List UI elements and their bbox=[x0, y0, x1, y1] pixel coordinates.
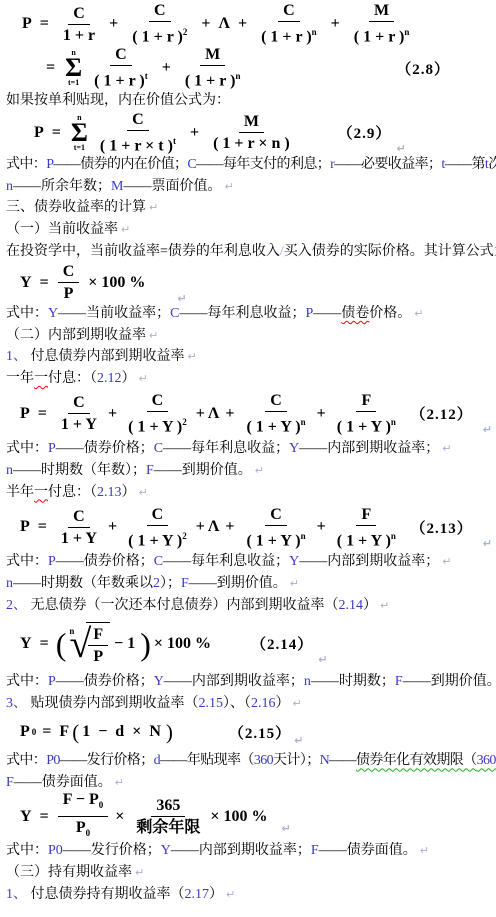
formula-label: （2.12） bbox=[411, 403, 473, 424]
fraction: FP bbox=[88, 625, 108, 666]
text-run: P bbox=[48, 554, 56, 569]
text-run: Y bbox=[161, 843, 171, 858]
frac-den: P bbox=[88, 646, 108, 666]
formula-label: （2.15） bbox=[229, 722, 291, 743]
text-run: ）、（ bbox=[223, 696, 251, 711]
formula-2-8-line2: = nΣt=1 C( 1 + r )t + M( 1 + r )n （2.8） bbox=[6, 46, 496, 90]
math-op: × bbox=[115, 808, 124, 826]
math-op: + bbox=[317, 405, 326, 423]
ellipsis-lambda: Λ bbox=[208, 518, 219, 536]
text-run: 式中： bbox=[6, 753, 46, 768]
text-run: F bbox=[395, 674, 403, 689]
text-run: ） bbox=[363, 598, 377, 613]
math-op: + bbox=[162, 59, 171, 77]
text-run: n bbox=[6, 576, 13, 591]
paragraph-mark: ↵ bbox=[442, 442, 451, 455]
text-run: Y bbox=[154, 674, 164, 689]
text-run: ——当前收益率； bbox=[58, 306, 170, 321]
formula-2-8-line1: P = C1 + r + C( 1 + r )2 + Λ + C( 1 + r … bbox=[6, 2, 496, 46]
math-op: = bbox=[38, 405, 47, 423]
equation-ref: 2.14 bbox=[339, 598, 364, 613]
frac-num: F bbox=[88, 625, 108, 646]
den-exponent: 2 bbox=[183, 27, 188, 37]
text-run: （三）持有期收益率 bbox=[6, 865, 132, 880]
text-run: 式中： bbox=[6, 674, 48, 689]
subsection-heading: （三）持有期收益率↵ bbox=[6, 862, 496, 884]
paragraph-mark: ↵ bbox=[282, 822, 291, 835]
paragraph-mark: ↵ bbox=[293, 697, 302, 710]
paragraph: 式中：P——债券的内在价值；C——每年支付的利息；r——必要收益率；t——第t次… bbox=[6, 154, 496, 176]
misspelled-text: 一 bbox=[34, 371, 48, 386]
den-base: ( 1 + r ) bbox=[132, 29, 183, 46]
math-op: + bbox=[331, 15, 340, 33]
fraction: M( 1 + r × n ) bbox=[208, 112, 295, 153]
frac-den: ( 1 + r )t bbox=[89, 66, 153, 90]
paragraph-mark: ↵ bbox=[224, 180, 233, 193]
frac-den: ( 1 + Y )2 bbox=[123, 526, 192, 550]
fraction: M( 1 + r )n bbox=[180, 45, 246, 90]
frac-num: C bbox=[265, 391, 287, 412]
formula-2-9: P = nΣt=1 C( 1 + r × t )t + M( 1 + r × n… bbox=[6, 112, 496, 154]
paragraph: 式中：P——债券价格；C——每年利息收益；Y——内部到期收益率；↵ bbox=[6, 438, 496, 460]
paragraph: n——时期数（年数乘以2）；F——到期价值。↵ bbox=[6, 573, 496, 595]
den-exponent: n bbox=[312, 27, 317, 37]
frac-den: ( 1 + r × t )t bbox=[95, 131, 181, 155]
formula-current-yield: Y = CP × 100 % ↵ bbox=[6, 263, 496, 303]
den-base: ( 1 + Y ) bbox=[337, 419, 391, 436]
den-base: ( 1 + Y ) bbox=[246, 419, 300, 436]
paragraph: 一年一付息：（2.12）↵ bbox=[6, 368, 496, 390]
text-run: ——到期价值。 bbox=[189, 576, 287, 591]
text-run: （一）当前收益率 bbox=[6, 222, 118, 237]
text-run: P bbox=[48, 441, 56, 456]
math-op: = bbox=[40, 15, 49, 33]
math-op: + bbox=[108, 405, 117, 423]
text-run: 在投资学中，当前收益率=债券的年利息收入 bbox=[6, 244, 280, 259]
text-run: ——所余年数； bbox=[13, 179, 111, 194]
frac-den: 1 + Y bbox=[56, 414, 102, 434]
math-expression: 1 − d × N bbox=[82, 723, 163, 741]
fraction: C1 + Y bbox=[56, 507, 102, 548]
sum-lower-limit: t=1 bbox=[74, 144, 85, 152]
math-op: + bbox=[225, 518, 234, 536]
text-run: 付息债券内部到期收益率 bbox=[27, 349, 185, 364]
paragraph-mark: ↵ bbox=[149, 201, 158, 214]
text-run: F bbox=[6, 775, 14, 790]
var-subscript: 0 bbox=[86, 829, 91, 839]
text-run: ——每年利息收益； bbox=[163, 554, 289, 569]
math-value: 100 % bbox=[101, 274, 145, 292]
frac-num: M bbox=[369, 1, 394, 22]
text-run: ——内部到期收益率； bbox=[299, 554, 439, 569]
frac-num: C bbox=[265, 505, 287, 526]
text-run: ——每年支付的利息； bbox=[196, 157, 330, 172]
paragraph-mark: ↵ bbox=[188, 350, 197, 363]
frac-den: 剩余年限 bbox=[131, 817, 205, 837]
fraction: 365剩余年限 bbox=[131, 796, 205, 837]
fraction: CP bbox=[58, 262, 80, 303]
text-run: C bbox=[154, 554, 163, 569]
summation: nΣt=1 bbox=[71, 114, 88, 152]
text-run: ——债券面值。 bbox=[14, 775, 112, 790]
frac-num: F bbox=[356, 391, 376, 412]
equation-ref: 2.15 bbox=[199, 696, 224, 711]
text-run: ——必要收益率； bbox=[334, 157, 441, 172]
text-run: ）； bbox=[160, 576, 181, 591]
den-base: ( 1 + r ) bbox=[261, 29, 312, 46]
math-op: = bbox=[40, 635, 49, 653]
paragraph: 在投资学中，当前收益率=债券的年利息收入/买入债券的实际价格。其计算公式为：↵ bbox=[6, 241, 496, 263]
text-run: 360 bbox=[254, 753, 273, 768]
radical-index: n bbox=[69, 626, 74, 636]
text-run: ——债券价格； bbox=[56, 554, 154, 569]
frac-den: ( 1 + Y )n bbox=[241, 412, 310, 436]
text-run: 一年 bbox=[6, 371, 34, 386]
nth-root: n √ FP bbox=[67, 622, 110, 666]
var-subscript: 0 bbox=[32, 727, 37, 737]
fraction: M( 1 + r )n bbox=[349, 1, 415, 46]
frac-den: P bbox=[59, 283, 79, 303]
grammar-flagged-text: 债券年化有效期限（ bbox=[356, 753, 477, 768]
den-base: ( 1 + r ) bbox=[185, 73, 236, 90]
paragraph-mark: ↵ bbox=[396, 142, 405, 155]
text-run: ——时期数； bbox=[311, 674, 395, 689]
paragraph-mark: ↵ bbox=[442, 555, 451, 568]
fraction: F − P0P0 bbox=[58, 790, 109, 843]
paragraph: 式中：P——债券价格；C——每年利息收益；Y——内部到期收益率；↵ bbox=[6, 551, 496, 573]
list-number: 1、 bbox=[6, 887, 27, 902]
text-run: ——年贴现率（ bbox=[160, 753, 254, 768]
formula-label: （2.14） bbox=[251, 633, 313, 654]
frac-den: ( 1 + r )n bbox=[180, 66, 246, 90]
den-exponent: n bbox=[404, 27, 409, 37]
frac-num: C bbox=[68, 507, 90, 528]
fraction: C( 1 + r )t bbox=[89, 45, 153, 90]
paragraph-mark: ↵ bbox=[255, 464, 264, 477]
paragraph-mark: ↵ bbox=[121, 223, 130, 236]
text-run: ——内部到期收益率； bbox=[171, 843, 311, 858]
text-run: Y bbox=[289, 441, 299, 456]
paragraph: 如果按单利贴现，内在价值公式为： bbox=[6, 90, 496, 112]
fraction: C( 1 + r )2 bbox=[127, 1, 192, 46]
misspelled-text: 债卷 bbox=[341, 306, 369, 321]
den-base: P bbox=[76, 819, 86, 836]
text-run: N bbox=[320, 753, 330, 768]
den-base: ( 1 + r × t ) bbox=[100, 137, 173, 154]
list-item: 2、 无息债券（一次还本付息债券）内部到期收益率（2.14）↵ bbox=[6, 595, 496, 617]
den-base: ( 1 + Y ) bbox=[337, 532, 391, 549]
den-exponent: n bbox=[391, 531, 396, 541]
paragraph: n——时期数（年数）；F——到期价值。↵ bbox=[6, 460, 496, 482]
text-run: 式中： bbox=[6, 157, 46, 172]
text-run: P0 bbox=[46, 753, 60, 768]
den-exponent: 2 bbox=[182, 531, 187, 541]
sum-lower-limit: t=1 bbox=[68, 79, 79, 87]
frac-den: ( 1 + r )n bbox=[349, 22, 415, 46]
fraction: C( 1 + r × t )t bbox=[95, 110, 181, 155]
frac-num: C bbox=[149, 1, 171, 22]
list-item: 1、 付息债券持有期收益率（2.17）↵ bbox=[6, 884, 496, 906]
text-run: 买入债券的实际价格。其计算公式为： bbox=[284, 244, 496, 259]
text-run: 式中： bbox=[6, 441, 48, 456]
fraction: C1 + Y bbox=[56, 393, 102, 434]
math-op: + bbox=[190, 124, 199, 142]
den-exponent: 2 bbox=[182, 417, 187, 427]
text-run: ——第 bbox=[445, 157, 485, 172]
text-run: ——债券的内在价值； bbox=[53, 157, 187, 172]
misspelled-text: 一 bbox=[34, 485, 48, 500]
text-run: 式中： bbox=[6, 306, 48, 321]
fraction: C( 1 + Y )n bbox=[241, 505, 310, 550]
list-item: 1、 付息债券内部到期收益率↵ bbox=[6, 346, 496, 368]
paragraph-mark: ↵ bbox=[226, 888, 235, 901]
section-heading: 三、债券收益率的计算↵ bbox=[6, 197, 496, 219]
text-run: P bbox=[48, 674, 56, 689]
math-op: = bbox=[40, 274, 49, 292]
text-run: ——债券价格； bbox=[56, 674, 154, 689]
fraction: C1 + r bbox=[58, 4, 100, 45]
math-var: Y bbox=[20, 274, 32, 292]
text-run: ——到期价值。 bbox=[154, 463, 252, 478]
text-run: 半年 bbox=[6, 485, 34, 500]
math-var: P bbox=[22, 15, 32, 33]
math-var: P bbox=[20, 518, 30, 536]
formula-2-13: P = C1 + Y + C( 1 + Y )2 + Λ + C( 1 + Y … bbox=[6, 503, 496, 551]
den-exponent: n bbox=[301, 531, 306, 541]
frac-den: ( 1 + Y )n bbox=[332, 526, 401, 550]
fraction: F( 1 + Y )n bbox=[332, 505, 401, 550]
text-run: n bbox=[6, 179, 13, 194]
frac-num: C bbox=[110, 45, 132, 66]
text-run: ——时期数（年数乘以 bbox=[13, 576, 153, 591]
math-op: = bbox=[52, 124, 61, 142]
paragraph-mark: ↵ bbox=[318, 653, 327, 666]
formula-label: （2.13） bbox=[411, 517, 473, 538]
text-run: P0 bbox=[48, 843, 63, 858]
sigma-symbol: Σ bbox=[65, 57, 82, 79]
paragraph: 式中：P0——发行价格；d——年贴现率（360天计）；N——债券年化有效期限（3… bbox=[6, 750, 496, 772]
text-run: M bbox=[111, 179, 123, 194]
text-run: —— bbox=[329, 753, 356, 768]
math-value: 100 % bbox=[224, 808, 268, 826]
frac-den: ( 1 + r )2 bbox=[127, 22, 192, 46]
paragraph-mark: ↵ bbox=[380, 599, 389, 612]
equation-ref: 2.17 bbox=[185, 887, 210, 902]
paragraph-mark: ↵ bbox=[139, 372, 148, 385]
text-run: ——每年利息收益； bbox=[179, 306, 305, 321]
den-exponent: n bbox=[301, 417, 306, 427]
equation-ref: 2.16 bbox=[251, 696, 276, 711]
text-run: 付息：（ bbox=[48, 371, 97, 386]
den-exponent: n bbox=[391, 417, 396, 427]
frac-den: ( 1 + r )n bbox=[256, 22, 322, 46]
text-run: 式中： bbox=[6, 843, 48, 858]
radicand: FP bbox=[86, 622, 110, 666]
den-base: ( 1 + Y ) bbox=[246, 532, 300, 549]
text-run: C bbox=[154, 441, 163, 456]
text-run: 贴现债券内部到期收益率（ bbox=[27, 696, 199, 711]
frac-den: ( 1 + r × n ) bbox=[208, 133, 295, 153]
text-run: 价格。 bbox=[369, 306, 411, 321]
text-run: Y bbox=[48, 306, 58, 321]
paragraph-mark: ↵ bbox=[149, 329, 158, 342]
subsection-heading: （二）内部到期收益率↵ bbox=[6, 325, 496, 347]
formula-2-16: Y = F − P0P0 × 365剩余年限 × 100 % ↵ bbox=[6, 794, 496, 840]
fraction: C( 1 + Y )2 bbox=[123, 391, 192, 436]
document-page: P = C1 + r + C( 1 + r )2 + Λ + C( 1 + r … bbox=[0, 0, 496, 917]
right-paren: ) bbox=[166, 722, 173, 742]
text-run: ——发行价格； bbox=[63, 843, 161, 858]
paragraph: 式中：P0——发行价格；Y——内部到期收益率；F——债券面值。↵ bbox=[6, 840, 496, 862]
den-exponent: t bbox=[145, 71, 148, 81]
left-paren: ( bbox=[72, 722, 79, 742]
text-run: —— bbox=[313, 306, 341, 321]
frac-num: F − P0 bbox=[58, 790, 109, 817]
math-op: + bbox=[108, 518, 117, 536]
paragraph-mark: ↵ bbox=[177, 292, 186, 305]
text-run: ） bbox=[122, 485, 136, 500]
fraction: C( 1 + Y )n bbox=[241, 391, 310, 436]
formula-2-15: P0 = F ( 1 − d × N ) （2.15） ↵ bbox=[6, 714, 496, 750]
math-var: P bbox=[20, 405, 30, 423]
text-run: ——债券面值。 bbox=[319, 843, 417, 858]
math-op: + bbox=[196, 518, 205, 536]
text-run: ——债券价格； bbox=[56, 441, 154, 456]
text-run: ——票面价值。 bbox=[123, 179, 221, 194]
math-var: Y bbox=[20, 808, 32, 826]
text-run: C bbox=[187, 157, 196, 172]
fraction: C( 1 + Y )2 bbox=[123, 505, 192, 550]
num-base: F − P bbox=[63, 791, 99, 808]
frac-num: C bbox=[68, 393, 90, 414]
formula-2-12: P = C1 + Y + C( 1 + Y )2 + Λ + C( 1 + Y … bbox=[6, 390, 496, 438]
text-run: 天计）； bbox=[273, 753, 320, 768]
list-number: 3、 bbox=[6, 696, 27, 711]
math-value: 100 % bbox=[167, 635, 211, 653]
formula-label: （2.9） bbox=[338, 122, 392, 143]
paragraph: 式中：P——债券价格；Y——内部到期收益率；n——时期数；F——到期价值。↵ bbox=[6, 671, 496, 693]
den-base: ( 1 + Y ) bbox=[128, 532, 182, 549]
paragraph-mark: ↵ bbox=[290, 577, 299, 590]
frac-den: ( 1 + Y )n bbox=[241, 526, 310, 550]
equation-ref: 2.12 bbox=[97, 371, 122, 386]
frac-den: 1 + r bbox=[58, 25, 100, 45]
frac-num: M bbox=[200, 45, 225, 66]
text-run: 如果按单利贴现，内在价值公式为： bbox=[6, 93, 230, 108]
frac-num: M bbox=[239, 112, 264, 133]
math-op: = bbox=[42, 723, 51, 741]
frac-num: C bbox=[278, 1, 300, 22]
math-op: + bbox=[317, 518, 326, 536]
math-var: P bbox=[34, 124, 44, 142]
math-op: = bbox=[40, 808, 49, 826]
text-run: 付息债券持有期收益率（ bbox=[27, 887, 185, 902]
text-run: F bbox=[311, 843, 319, 858]
text-run: ） bbox=[209, 887, 223, 902]
text-run: 无息债券（一次还本付息债券）内部到期收益率（ bbox=[27, 598, 339, 613]
sigma-symbol: Σ bbox=[71, 122, 88, 144]
summation: nΣt=1 bbox=[65, 49, 82, 87]
list-number: 2、 bbox=[6, 598, 27, 613]
paragraph: n——所余年数；M——票面价值。↵ bbox=[6, 176, 496, 198]
right-paren: ) bbox=[140, 629, 151, 659]
grammar-flagged-text: 360 bbox=[477, 753, 496, 768]
frac-num: C bbox=[68, 4, 90, 25]
paragraph-mark: ↵ bbox=[414, 307, 423, 320]
math-op: × bbox=[88, 274, 97, 292]
frac-num: 365 bbox=[151, 796, 185, 817]
text-run: ） bbox=[122, 371, 136, 386]
frac-den: ( 1 + Y )2 bbox=[123, 412, 192, 436]
paragraph: 式中：Y——当前收益率；C——每年利息收益；P——债卷价格。↵ bbox=[6, 303, 496, 325]
equation-ref: 2.13 bbox=[97, 485, 122, 500]
text-run: 付息：（ bbox=[48, 485, 97, 500]
text-run: （二）内部到期收益率 bbox=[6, 328, 146, 343]
text-run: ） bbox=[276, 696, 290, 711]
ellipsis-lambda: Λ bbox=[208, 405, 219, 423]
den-exponent: n bbox=[235, 71, 240, 81]
formula-2-14: Y = ( n √ FP − 1 ) × 100 % （2.14） ↵ bbox=[6, 617, 496, 671]
math-op: + bbox=[238, 15, 247, 33]
list-number: 1、 bbox=[6, 349, 27, 364]
text-run: F bbox=[181, 576, 189, 591]
text-run: ——时期数（年数）； bbox=[13, 463, 146, 478]
paragraph-mark: ↵ bbox=[294, 734, 303, 747]
paragraph-mark: ↵ bbox=[483, 537, 492, 550]
math-op: − 1 bbox=[114, 635, 135, 653]
text-run: ——到期价值。 bbox=[403, 674, 496, 689]
math-op: × bbox=[210, 808, 219, 826]
math-op: × bbox=[154, 635, 163, 653]
text-run: n bbox=[304, 674, 311, 689]
math-op: = bbox=[38, 518, 47, 536]
math-op: = bbox=[46, 59, 55, 77]
text-run: 式中： bbox=[6, 554, 48, 569]
text-run: 三、债券收益率的计算 bbox=[6, 200, 146, 215]
math-var: P bbox=[20, 723, 30, 741]
subsection-heading: （一）当前收益率↵ bbox=[6, 219, 496, 241]
paragraph-mark: ↵ bbox=[135, 866, 144, 879]
den-exponent: t bbox=[173, 136, 176, 146]
paragraph-mark: ↵ bbox=[115, 776, 124, 789]
text-run: ——每年利息收益； bbox=[163, 441, 289, 456]
math-op: + bbox=[225, 405, 234, 423]
frac-num: F bbox=[356, 505, 376, 526]
math-op: + bbox=[109, 15, 118, 33]
frac-num: C bbox=[127, 110, 149, 131]
den-base: ( 1 + r ) bbox=[94, 73, 145, 90]
den-base: ( 1 + r ) bbox=[354, 29, 405, 46]
text-run: 2 bbox=[153, 576, 160, 591]
text-run: n bbox=[6, 463, 13, 478]
paragraph: 半年一付息：（2.13）↵ bbox=[6, 482, 496, 504]
fraction: C( 1 + r )n bbox=[256, 1, 322, 46]
paragraph-mark: ↵ bbox=[420, 844, 429, 857]
text-run: 次； bbox=[488, 157, 496, 172]
text-run: Y bbox=[289, 554, 299, 569]
den-base: ( 1 + Y ) bbox=[128, 419, 182, 436]
list-item: 3、 贴现债券内部到期收益率（2.15）、（2.16）↵ bbox=[6, 693, 496, 715]
text-run: F bbox=[146, 463, 154, 478]
frac-num: C bbox=[58, 262, 80, 283]
math-op: + bbox=[196, 405, 205, 423]
math-var: F bbox=[59, 723, 69, 741]
paragraph-mark: ↵ bbox=[139, 486, 148, 499]
text-run: ——内部到期收益率； bbox=[299, 441, 439, 456]
paragraph-mark: ↵ bbox=[483, 423, 492, 436]
math-var: Y bbox=[20, 635, 32, 653]
math-op: + bbox=[201, 15, 210, 33]
